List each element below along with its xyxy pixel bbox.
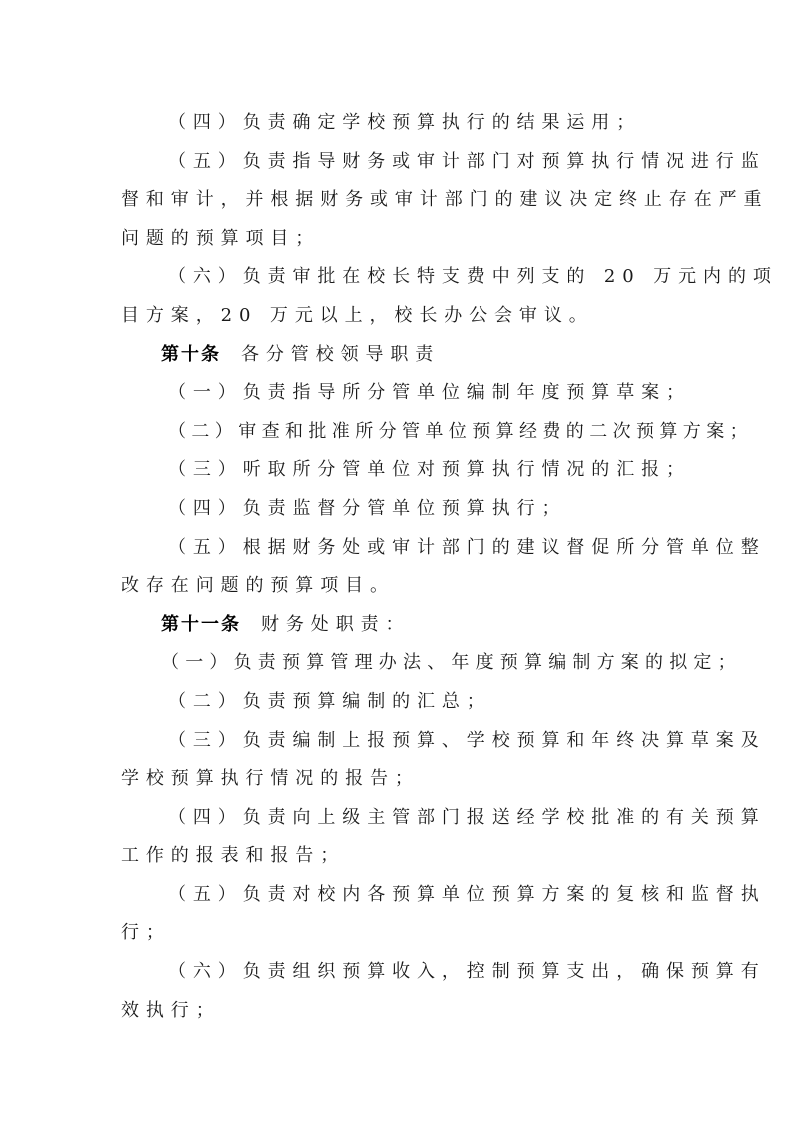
text-line: 目方案，20 万元以上，校长办公会审议。: [121, 297, 681, 336]
text-line: （五）负责指导财务或审计部门对预算执行情况进行监: [121, 143, 681, 182]
article-title: 财务处职责：: [261, 614, 410, 635]
article-10-item-3: （三）听取所分管单位对预算执行情况的汇报；: [121, 451, 681, 490]
article-11-item-3: （三）负责编制上报预算、学校预算和年终决算草案及: [121, 722, 681, 761]
text-line: 问题的预算项目；: [121, 220, 681, 259]
article-number: 第十一条: [161, 614, 241, 635]
text-line: 行；: [121, 914, 681, 953]
article-11: 第十一条财务处职责： （一）负责预算管理办法、年度预算编制方案的拟定； （二）负…: [121, 606, 681, 1031]
article-11-item-4: （四）负责向上级主管部门报送经学校批准的有关预算: [121, 799, 681, 838]
paragraph-item-5: （五）负责指导财务或审计部门对预算执行情况进行监 督和审计，并根据财务或审计部门…: [121, 143, 681, 259]
article-10-item-1: （一）负责指导所分管单位编制年度预算草案；: [121, 374, 681, 413]
document-page: （四）负责确定学校预算执行的结果运用； （五）负责指导财务或审计部门对预算执行情…: [0, 0, 793, 1122]
text-line: 改存在问题的预算项目。: [121, 567, 681, 606]
article-10-item-2: （二）审查和批准所分管单位预算经费的二次预算方案；: [121, 413, 681, 452]
document-body: （四）负责确定学校预算执行的结果运用； （五）负责指导财务或审计部门对预算执行情…: [121, 104, 681, 1030]
article-11-item-5: （五）负责对校内各预算单位预算方案的复核和监督执: [121, 876, 681, 915]
article-11-item-6: （六）负责组织预算收入，控制预算支出，确保预算有: [121, 953, 681, 992]
text-line: 督和审计，并根据财务或审计部门的建议决定终止存在严重: [121, 181, 681, 220]
text-line: （六）负责审批在校长特支费中列支的 20 万元内的项: [121, 258, 681, 297]
text-line: 工作的报表和报告；: [121, 837, 681, 876]
article-11-heading-line: 第十一条财务处职责：: [121, 606, 681, 645]
article-11-item-1: （一）负责预算管理办法、年度预算编制方案的拟定；: [121, 644, 681, 683]
paragraph-item-4: （四）负责确定学校预算执行的结果运用；: [121, 104, 681, 143]
text-line: 效执行；: [121, 992, 681, 1031]
article-10-item-5: （五）根据财务处或审计部门的建议督促所分管单位整: [121, 529, 681, 568]
article-11-item-2: （二）负责预算编制的汇总；: [121, 683, 681, 722]
article-10-item-4: （四）负责监督分管单位预算执行；: [121, 490, 681, 529]
text-line: 学校预算执行情况的报告；: [121, 760, 681, 799]
article-10: 第十条各分管校领导职责 （一）负责指导所分管单位编制年度预算草案； （二）审查和…: [121, 336, 681, 606]
text-line: （四）负责确定学校预算执行的结果运用；: [121, 104, 681, 143]
paragraph-item-6: （六）负责审批在校长特支费中列支的 20 万元内的项 目方案，20 万元以上，校…: [121, 258, 681, 335]
article-10-heading-line: 第十条各分管校领导职责: [121, 336, 681, 375]
article-title: 各分管校领导职责: [241, 344, 440, 365]
article-number: 第十条: [161, 344, 221, 365]
